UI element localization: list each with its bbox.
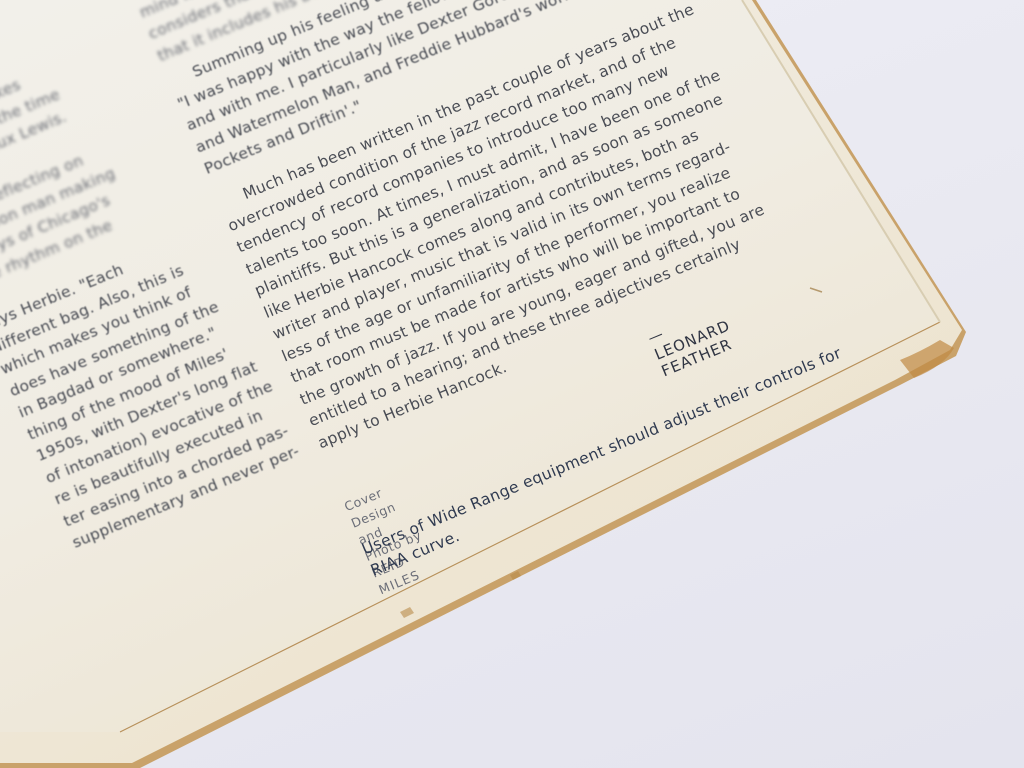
photo-scene: field, Herbie takes hears around the tim… [0,0,1024,768]
